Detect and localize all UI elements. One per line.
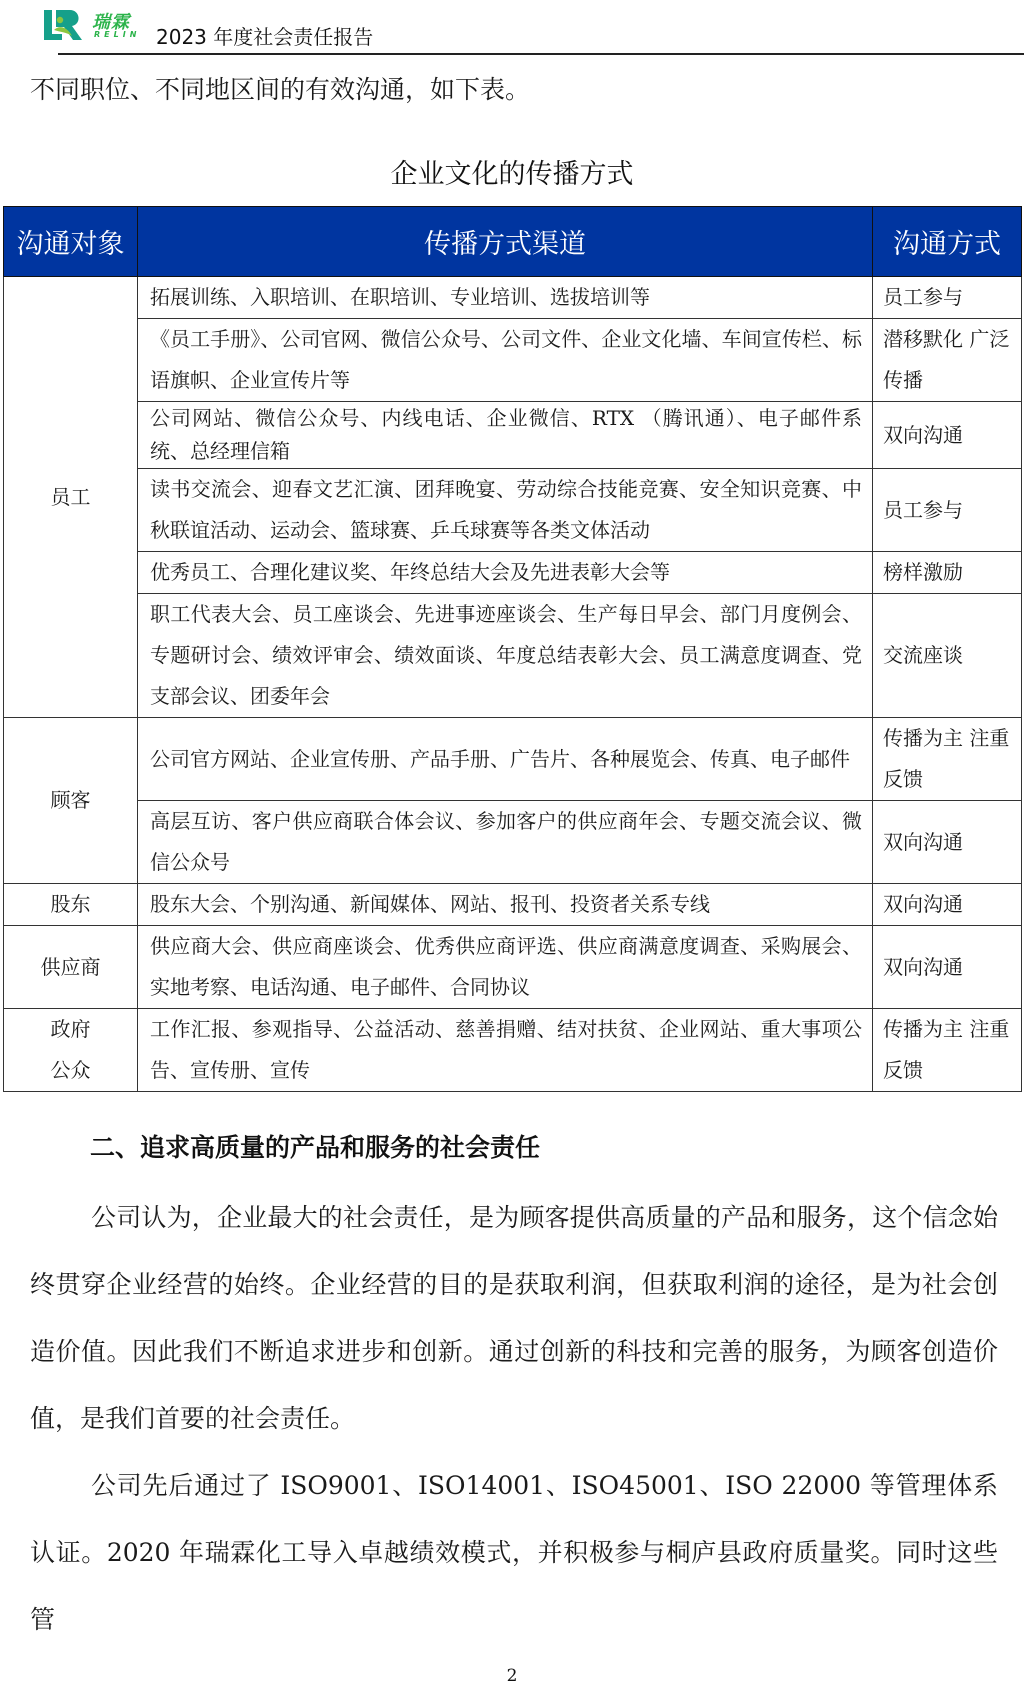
channels-cell: 公司官方网站、企业宣传册、产品手册、广告片、各种展览会、传真、电子邮件 <box>138 718 873 801</box>
intro-line: 不同职位、不同地区间的有效沟通，如下表。 <box>30 70 530 106</box>
relin-logo-icon <box>42 6 88 42</box>
channels-cell: 供应商大会、供应商座谈会、优秀供应商评选、供应商满意度调查、采购展会、实地考察、… <box>138 926 873 1009</box>
method-cell: 交流座谈 <box>873 594 1022 718</box>
method-cell: 传播为主 注重反馈 <box>873 1009 1022 1092</box>
channels-cell: 读书交流会、迎春文艺汇演、团拜晚宴、劳动综合技能竞赛、安全知识竞赛、中秋联谊活动… <box>138 469 873 552</box>
header-divider <box>58 53 1024 55</box>
table-title: 企业文化的传播方式 <box>0 152 1024 191</box>
table-row: 高层互访、客户供应商联合体会议、参加客户的供应商年会、专题交流会议、微信公众号 … <box>4 801 1022 884</box>
target-cell-shareholders: 股东 <box>4 884 138 926</box>
channels-cell: 股东大会、个别沟通、新闻媒体、网站、报刊、投资者关系专线 <box>138 884 873 926</box>
target-cell-customers: 顾客 <box>4 718 138 884</box>
column-header-method: 沟通方式 <box>873 207 1022 277</box>
channels-cell: 职工代表大会、员工座谈会、先进事迹座谈会、生产每日早会、部门月度例会、专题研讨会… <box>138 594 873 718</box>
body-paragraph: 公司先后通过了 ISO9001、ISO14001、ISO45001、ISO 22… <box>30 1452 998 1653</box>
table-row: 供应商 供应商大会、供应商座谈会、优秀供应商评选、供应商满意度调查、采购展会、实… <box>4 926 1022 1009</box>
page-header: 瑞霖 RELIN 2023 年度社会责任报告 <box>30 0 1024 54</box>
table-row: 优秀员工、合理化建议奖、年终总结大会及先进表彰大会等 榜样激励 <box>4 552 1022 594</box>
page-number: 2 <box>0 1666 1024 1686</box>
method-cell: 双向沟通 <box>873 926 1022 1009</box>
method-cell: 双向沟通 <box>873 402 1022 469</box>
channels-cell: 工作汇报、参观指导、公益活动、慈善捐赠、结对扶贫、企业网站、重大事项公告、宣传册… <box>138 1009 873 1092</box>
channels-cell: 优秀员工、合理化建议奖、年终总结大会及先进表彰大会等 <box>138 552 873 594</box>
table-row: 政府 公众 工作汇报、参观指导、公益活动、慈善捐赠、结对扶贫、企业网站、重大事项… <box>4 1009 1022 1092</box>
channels-cell: 拓展训练、入职培训、在职培训、专业培训、选拔培训等 <box>138 277 873 319</box>
table-row: 读书交流会、迎春文艺汇演、团拜晚宴、劳动综合技能竞赛、安全知识竞赛、中秋联谊活动… <box>4 469 1022 552</box>
method-cell: 潜移默化 广泛传播 <box>873 319 1022 402</box>
table-row: 职工代表大会、员工座谈会、先进事迹座谈会、生产每日早会、部门月度例会、专题研讨会… <box>4 594 1022 718</box>
method-cell: 传播为主 注重反馈 <box>873 718 1022 801</box>
target-cell-employees: 员工 <box>4 277 138 718</box>
communication-table: 沟通对象 传播方式渠道 沟通方式 员工 拓展训练、入职培训、在职培训、专业培训、… <box>3 206 1022 1092</box>
logo-english-text: RELIN <box>94 30 140 39</box>
table-header-row: 沟通对象 传播方式渠道 沟通方式 <box>4 207 1022 277</box>
target-cell-suppliers: 供应商 <box>4 926 138 1009</box>
table-row: 股东 股东大会、个别沟通、新闻媒体、网站、报刊、投资者关系专线 双向沟通 <box>4 884 1022 926</box>
channels-cell: 公司网站、微信公众号、内线电话、企业微信、RTX （腾讯通）、电子邮件系统、总经… <box>138 402 873 469</box>
target-cell-government-public: 政府 公众 <box>4 1009 138 1092</box>
section-heading: 二、追求高质量的产品和服务的社会责任 <box>90 1128 540 1164</box>
method-cell: 双向沟通 <box>873 884 1022 926</box>
channels-cell: 《员工手册》、公司官网、微信公众号、公司文件、企业文化墙、车间宣传栏、标语旗帜、… <box>138 319 873 402</box>
table-row: 公司网站、微信公众号、内线电话、企业微信、RTX （腾讯通）、电子邮件系统、总经… <box>4 402 1022 469</box>
channels-cell: 高层互访、客户供应商联合体会议、参加客户的供应商年会、专题交流会议、微信公众号 <box>138 801 873 884</box>
table-row: 《员工手册》、公司官网、微信公众号、公司文件、企业文化墙、车间宣传栏、标语旗帜、… <box>4 319 1022 402</box>
column-header-target: 沟通对象 <box>4 207 138 277</box>
column-header-channels: 传播方式渠道 <box>138 207 873 277</box>
method-cell: 员工参与 <box>873 277 1022 319</box>
company-logo: 瑞霖 RELIN <box>42 6 150 42</box>
method-cell: 榜样激励 <box>873 552 1022 594</box>
body-paragraph: 公司认为，企业最大的社会责任，是为顾客提供高质量的产品和服务，这个信念始终贯穿企… <box>30 1184 998 1452</box>
table-row: 员工 拓展训练、入职培训、在职培训、专业培训、选拔培训等 员工参与 <box>4 277 1022 319</box>
method-cell: 双向沟通 <box>873 801 1022 884</box>
method-cell: 员工参与 <box>873 469 1022 552</box>
report-title: 2023 年度社会责任报告 <box>156 21 373 50</box>
table-row: 顾客 公司官方网站、企业宣传册、产品手册、广告片、各种展览会、传真、电子邮件 传… <box>4 718 1022 801</box>
